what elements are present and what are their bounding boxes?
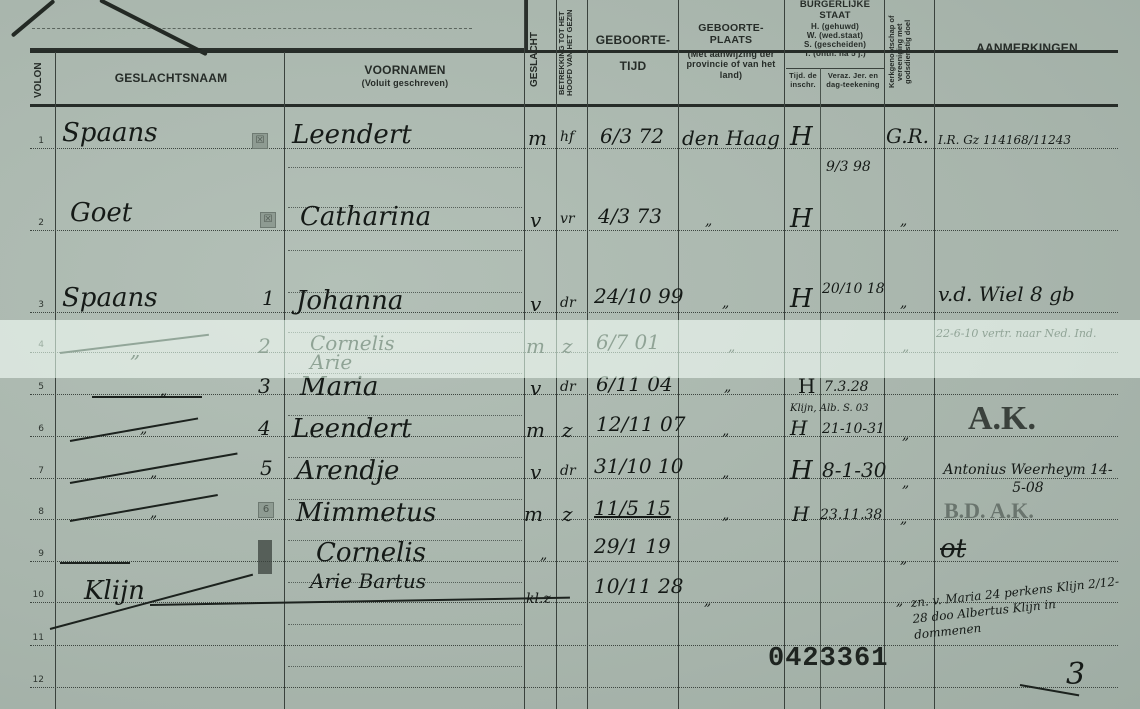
row10-place: „ [704,594,711,608]
header-burgerlijke-staat-label2: STAAT [786,11,884,22]
header-kerkgenootschap: Kerkgenootschap of vereeniging met godsd… [888,2,930,102]
row6-relation: z [562,420,573,440]
row8-given-name: Mimmetus [296,500,436,526]
row5-state-date: 7.3.28 [824,380,869,394]
row2-relation: vr [560,212,575,226]
row-line-12 [30,687,1118,688]
col-divider [55,52,56,709]
row-number: 12 [24,675,44,685]
row2-state: H [790,206,813,232]
row1-church: G.R. [886,126,929,146]
row7-given-name: Arendje [296,458,399,484]
row10-surname: Klijn [84,578,145,604]
row1-state: H [790,124,813,150]
row7-remarks: Antonius Weerheym 14-5-08 [938,462,1118,497]
row9-given-name: Cornelis [316,540,426,566]
legend-gescheiden: S. (gescheiden) [786,40,884,49]
row3-place: „ [722,296,729,310]
row2-sex: v [530,210,541,230]
checkbox-mark: ☒ [260,212,276,228]
row6-birth: 12/11 07 [596,414,685,434]
row7-state-date: 8-1-30 [822,460,886,480]
row8-state: H [792,504,809,524]
col-divider [284,52,285,709]
row6-given-name: Leendert [292,416,412,442]
row-number: 3 [24,300,44,310]
row9-remarks: ot [940,536,966,562]
row6-surname-ditto: „ [140,422,147,436]
row7-sex: v [530,462,541,482]
row6-state: H [790,418,807,438]
row1-remarks: I.R. Gz 114168/11243 [938,134,1071,146]
row7-church: „ [902,476,909,490]
row7-order: 5 [260,458,273,478]
checkbox-mark: 6 [258,502,274,518]
row6-order: 4 [258,418,271,438]
voornamen-guide [288,666,522,667]
voornamen-guide [288,167,522,168]
header-verandering-dagteekening: Veraz. Jer. en dag-teekening [822,72,884,89]
address-dotted-line [32,28,472,29]
row1-birth: 6/3 72 [600,126,664,146]
header-volgnummer: VOLON [34,58,50,102]
row9-church: „ [900,552,907,566]
ditto-stroke [70,417,198,442]
row-4-highlight [0,320,1140,378]
row-line-6 [30,436,1118,437]
register-card: VOLON GESLACHTSNAAM VOORNAMEN (Voluit ge… [0,0,1140,709]
row2-church: „ [900,214,907,228]
row8-birth: 11/5 15 [594,498,671,518]
row10-remarks: zn. v. Maria 24 perkens Klijn 2/12-28 do… [910,573,1124,643]
row8-relation: z [562,504,573,524]
row1-surname: Spaans [62,120,158,146]
header-geslacht: GESLACHT [530,18,550,102]
row9-sex: „ [540,548,547,562]
row5-state: H [798,376,815,396]
row3-remarks: v.d. Wiel 8 gb [938,284,1075,304]
burgerlijke-staat-subdivider [786,68,884,69]
row1-relation: hf [560,130,574,144]
row3-relation: dr [560,296,576,310]
header-aanmerkingen: AANMERKINGEN [936,42,1118,56]
row-line-1 [30,148,1118,149]
row3-state-date: 20/10 18 [822,282,885,296]
row2-place: „ [705,214,712,228]
row3-state: H [790,286,813,312]
order-mark [258,540,272,574]
row3-church: „ [900,296,907,310]
col-divider [820,68,821,709]
row2-given-name: Catharina [300,204,431,230]
ditto-stroke [92,396,202,398]
ditto-stroke [70,494,218,522]
header-geboortetijd-label: GEBOORTE- [590,34,676,48]
row2-birth: 4/3 73 [598,206,662,226]
header-voornamen: VOORNAMEN (Voluit geschreven) [288,64,522,88]
row3-birth: 24/10 99 [594,286,683,306]
row2-surname: Goet [70,200,132,226]
row-number: 10 [24,590,44,600]
row5-order: 3 [258,376,271,396]
header-geboorteplaats-label2: PLAATS [680,34,782,46]
row6-sex: m [526,420,545,440]
header-burgerlijke-staat: BURGERLIJKE STAAT H. (gehuwd) W. (wed.st… [786,0,884,59]
row3-surname: Spaans [62,285,158,311]
row10-birth: 10/11 28 [594,576,683,596]
checkbox-mark: ☒ [252,133,268,149]
ditto-stroke [60,562,130,564]
row-number: 7 [24,466,44,476]
row7-place: „ [722,466,729,480]
row-line-11 [30,645,1118,646]
row6-stamp-ak: A.K. [968,400,1036,438]
row6-church: „ [902,428,909,442]
row3-given-name: Johanna [296,288,403,314]
row-number: 2 [24,218,44,228]
row7-birth: 31/10 10 [594,456,683,476]
row3-sex: v [530,294,541,314]
row6-state-date: 21-10-31 [822,422,885,436]
row8-remarks-stamp: B.D. A.K. [944,498,1034,524]
header-geslachtsnaam: GESLACHTSNAAM [60,72,282,86]
row-number: 1 [24,136,44,146]
row5-place: „ [724,380,731,394]
row8-state-date: 23.11.38 [820,508,882,522]
row8-sex: m [524,504,543,524]
row-number: 5 [24,382,44,392]
row10-relation: kl.z [526,592,551,606]
row5-surname-ditto: „ [160,384,167,398]
col-divider [820,68,821,104]
row7-surname-ditto: „ [150,466,157,480]
serial-number: 0423361 [768,644,888,674]
row5-sex: v [530,378,541,398]
header-bottom-border [30,104,1118,107]
voornamen-guide [288,624,522,625]
row1-place: den Haag [682,128,780,148]
row8-surname-ditto: „ [150,506,157,520]
header-geboortetijd-label2: TIJD [590,60,676,74]
header-tijd-inschrijving: Tijd. de inschr. [786,72,820,89]
row6-state-note: Klijn, Alb. S. 03 [790,404,869,414]
header-geboorteplaats: GEBOORTE- PLAATS (Met aanwijzing der pro… [680,22,782,80]
legend-ontheven: T. (onth. na 5 j.) [786,49,884,58]
page-mark: 3 [1066,660,1085,690]
row-line-2 [30,230,1118,231]
row5-relation: dr [560,380,576,394]
row-number: 6 [24,424,44,434]
voornamen-guide [288,250,522,251]
row8-place: „ [722,508,729,522]
row-line-3 [30,312,1118,313]
row1-state-date: 9/3 98 [826,160,871,174]
header-betrekking: BETREKKING TOT HET HOOFD VAN HET GEZIN [558,4,586,102]
header-geboorteplaats-sublabel: (Met aanwijzing der provincie of van het… [680,49,782,80]
header-voornamen-label: VOORNAMEN [288,64,522,78]
row10-given-name: Arie Bartus [310,572,440,591]
legend-weduwstaat: W. (wed.staat) [786,31,884,40]
header-voornamen-sublabel: (Voluit geschreven) [288,78,522,88]
row1-given-name: Leendert [292,122,412,148]
row3-order: 1 [262,288,275,308]
header-geboorteplaats-label: GEBOORTE- [680,22,782,34]
row7-relation: dr [560,464,576,478]
row9-birth: 29/1 19 [594,536,671,556]
row10-church: „ [896,594,903,608]
row6-place: „ [722,424,729,438]
row8-church: „ [900,512,907,526]
header-geboortetijd: GEBOORTE- TIJD [590,34,676,74]
row7-state: H [790,458,813,484]
legend-gehuwd: H. (gehuwd) [786,22,884,31]
row1-sex: m [528,128,547,148]
row-number: 8 [24,507,44,517]
row-number: 9 [24,549,44,559]
row-number: 11 [24,633,44,643]
top-address-box [30,0,528,51]
